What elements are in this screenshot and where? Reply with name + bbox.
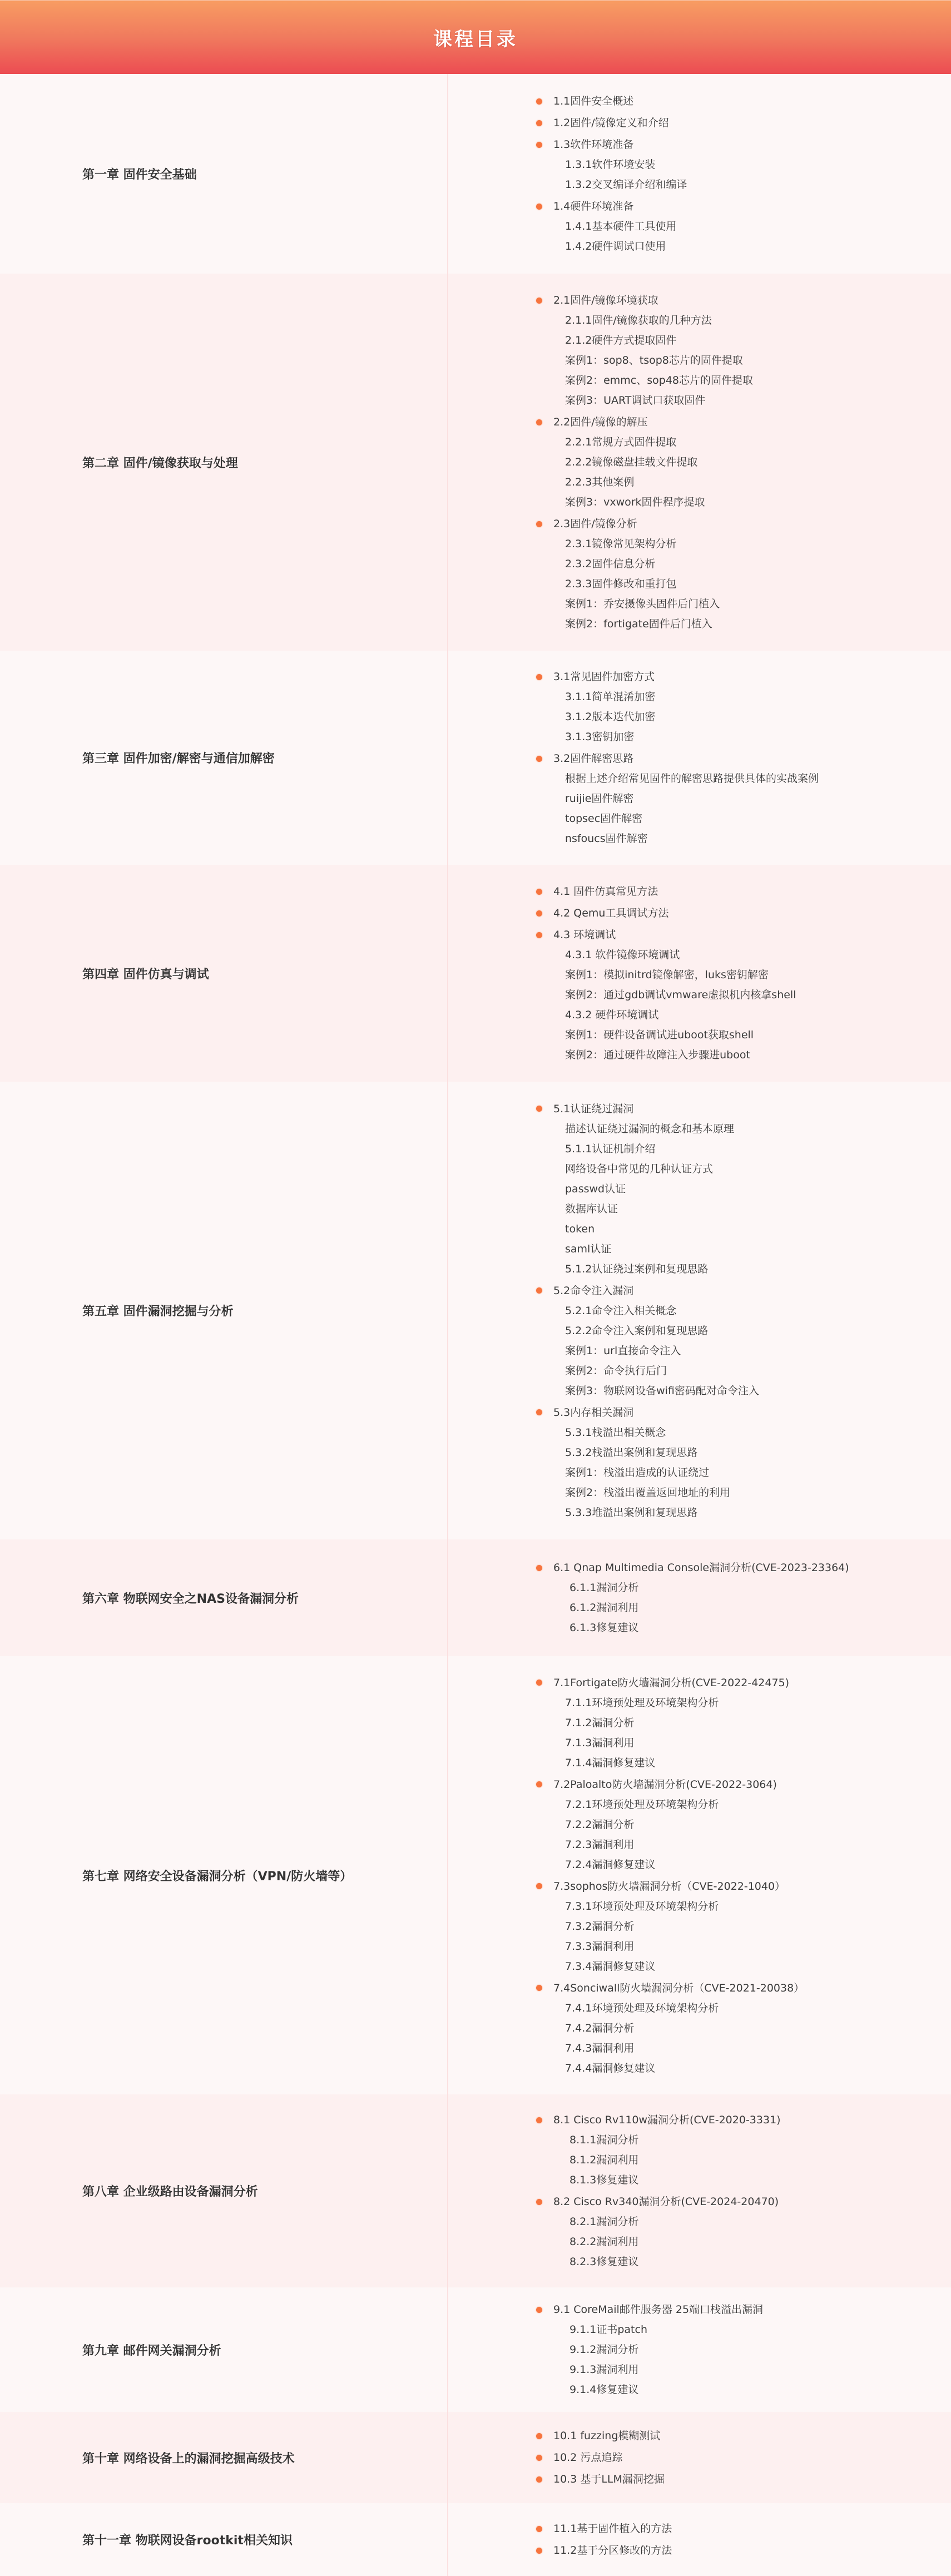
subsection-item: 数据库认证 [532, 1199, 951, 1219]
item-label: 7.2.4漏洞修复建议 [565, 1855, 655, 1875]
chapter-title-cell: 第一章 固件安全基础 [0, 74, 448, 274]
subsection-item: 7.3.1环境预处理及环境架构分析 [532, 1896, 951, 1916]
item-label: 网络设备中常见的几种认证方式 [565, 1159, 713, 1179]
bullet-dot-icon [536, 2476, 542, 2483]
item-label: 9.1.1证书patch [569, 2320, 647, 2340]
item-label: 案例1：url直接命令注入 [565, 1341, 681, 1361]
chapter-title: 第一章 固件安全基础 [82, 165, 197, 182]
subsection-item: 根据上述介绍常见固件的解密思路提供具体的实战案例 [532, 769, 951, 789]
chapter-title-cell: 第二章 固件/镜像获取与处理 [0, 274, 448, 651]
bullet-dot-icon [536, 1106, 542, 1112]
item-label: 2.1.1固件/镜像获取的几种方法 [565, 310, 712, 330]
item-label: 7.3.4漏洞修复建议 [565, 1956, 655, 1976]
item-label: 9.1.4修复建议 [569, 2380, 638, 2400]
bullet-dot-icon [536, 298, 542, 304]
subsection-item: 9.1.3漏洞利用 [532, 2360, 951, 2380]
bullet-dot-icon [536, 120, 542, 126]
item-label: ruijie固件解密 [565, 789, 633, 809]
subsection-item: topsec固件解密 [532, 809, 951, 829]
section-item: 7.2Paloalto防火墙漏洞分析(CVE-2022-3064) [532, 1775, 951, 1795]
item-label: 2.2固件/镜像的解压 [553, 412, 648, 432]
section-item: 4.3 环境调试 [532, 925, 951, 945]
section-item: 3.2固件解密思路 [532, 749, 951, 769]
subsection-item: 4.3.1 软件镜像环境调试 [532, 945, 951, 965]
bullet-dot-icon [536, 1883, 542, 1889]
chapter-items-list: 2.1固件/镜像环境获取2.1.1固件/镜像获取的几种方法2.1.2硬件方式提取… [448, 274, 951, 651]
chapter-title-cell: 第八章 企业级路由设备漏洞分析 [0, 2094, 448, 2287]
subsection-item: 2.1.2硬件方式提取固件 [532, 330, 951, 350]
subsection-item: 2.1.1固件/镜像获取的几种方法 [532, 310, 951, 330]
chapter-row: 第九章 邮件网关漏洞分析9.1 CoreMail邮件服务器 25端口栈溢出漏洞9… [0, 2287, 951, 2412]
section-item: 9.1 CoreMail邮件服务器 25端口栈溢出漏洞 [532, 2300, 951, 2320]
item-label: 9.1.2漏洞分析 [569, 2340, 638, 2360]
subsection-item: 7.1.4漏洞修复建议 [532, 1753, 951, 1773]
subsection-item: 案例1：硬件设备调试进uboot获取shell [532, 1025, 951, 1045]
section-item: 10.3 基于LLM漏洞挖掘 [532, 2469, 951, 2489]
chapter-items-list: 1.1固件安全概述1.2固件/镜像定义和介绍1.3软件环境准备1.3.1软件环境… [448, 74, 951, 274]
item-label: 10.3 基于LLM漏洞挖掘 [553, 2469, 665, 2489]
subsection-item: 7.1.3漏洞利用 [532, 1733, 951, 1753]
subsection-item: 7.2.3漏洞利用 [532, 1835, 951, 1855]
subsection-item: 9.1.4修复建议 [532, 2380, 951, 2400]
item-label: 8.2.1漏洞分析 [569, 2212, 638, 2232]
item-label: 8.2 Cisco Rv340漏洞分析(CVE-2024-20470) [553, 2192, 779, 2212]
subsection-item: 案例3：UART调试口获取固件 [532, 390, 951, 410]
chapter-row: 第四章 固件仿真与调试4.1 固件仿真常见方法4.2 Qemu工具调试方法4.3… [0, 865, 951, 1082]
section-item: 4.2 Qemu工具调试方法 [532, 903, 951, 923]
course-toc-table: 第一章 固件安全基础1.1固件安全概述1.2固件/镜像定义和介绍1.3软件环境准… [0, 74, 951, 2576]
item-label: 8.1.2漏洞利用 [569, 2150, 638, 2170]
subsection-item: 案例2：命令执行后门 [532, 1361, 951, 1381]
item-label: 7.2.2漏洞分析 [565, 1815, 634, 1835]
section-item: 3.1常见固件加密方式 [532, 667, 951, 687]
item-label: 5.1.1认证机制介绍 [565, 1139, 655, 1159]
chapter-items-list: 5.1认证绕过漏洞描述认证绕过漏洞的概念和基本原理5.1.1认证机制介绍网络设备… [448, 1082, 951, 1539]
chapter-title-cell: 第七章 网络安全设备漏洞分析（VPN/防火墙等） [0, 1656, 448, 2094]
subsection-item: 7.2.2漏洞分析 [532, 1815, 951, 1835]
subsection-item: saml认证 [532, 1239, 951, 1259]
item-label: 5.2.1命令注入相关概念 [565, 1301, 676, 1321]
section-item: 5.1认证绕过漏洞 [532, 1099, 951, 1119]
chapter-items-list: 9.1 CoreMail邮件服务器 25端口栈溢出漏洞9.1.1证书patch9… [448, 2287, 951, 2412]
item-label: 根据上述介绍常见固件的解密思路提供具体的实战案例 [565, 769, 819, 789]
item-label: 6.1 Qnap Multimedia Console漏洞分析(CVE-2023… [553, 1558, 849, 1578]
chapter-title-cell: 第五章 固件漏洞挖掘与分析 [0, 1082, 448, 1539]
subsection-item: 5.3.1栈溢出相关概念 [532, 1423, 951, 1443]
subsection-item: 7.4.1环境预处理及环境架构分析 [532, 1998, 951, 2018]
section-item: 1.4硬件环境准备 [532, 196, 951, 216]
section-item: 2.3固件/镜像分析 [532, 514, 951, 534]
item-label: 8.1.1漏洞分析 [569, 2130, 638, 2150]
section-item: 1.1固件安全概述 [532, 91, 951, 111]
section-item: 10.2 污点追踪 [532, 2448, 951, 2468]
chapter-title: 第十章 网络设备上的漏洞挖掘高级技术 [82, 2449, 295, 2466]
chapter-title: 第四章 固件仿真与调试 [82, 965, 209, 982]
subsection-item: 5.1.1认证机制介绍 [532, 1139, 951, 1159]
item-label: 1.1固件安全概述 [553, 91, 633, 111]
item-label: 数据库认证 [565, 1199, 618, 1219]
item-label: 7.3.1环境预处理及环境架构分析 [565, 1896, 719, 1916]
item-label: 7.1Fortigate防火墙漏洞分析(CVE-2022-42475) [553, 1673, 789, 1693]
item-label: 5.1认证绕过漏洞 [553, 1099, 633, 1119]
item-label: 2.3固件/镜像分析 [553, 514, 637, 534]
bullet-dot-icon [536, 2548, 542, 2554]
section-item: 7.1Fortigate防火墙漏洞分析(CVE-2022-42475) [532, 1673, 951, 1693]
item-label: 7.4.4漏洞修复建议 [565, 2058, 655, 2078]
section-item: 10.1 fuzzing模糊测试 [532, 2426, 951, 2446]
subsection-item: 案例1：模拟initrd镜像解密，luks密钥解密 [532, 965, 951, 985]
subsection-item: 5.2.2命令注入案例和复现思路 [532, 1321, 951, 1341]
subsection-item: 案例1：url直接命令注入 [532, 1341, 951, 1361]
item-label: 3.1.1简单混淆加密 [565, 687, 655, 707]
subsection-item: 6.1.2漏洞利用 [532, 1598, 951, 1618]
item-label: 7.2Paloalto防火墙漏洞分析(CVE-2022-3064) [553, 1775, 777, 1795]
item-label: 9.1 CoreMail邮件服务器 25端口栈溢出漏洞 [553, 2300, 763, 2320]
subsection-item: 1.3.2交叉编译介绍和编译 [532, 175, 951, 195]
item-label: 6.1.2漏洞利用 [569, 1598, 638, 1618]
subsection-item: 8.2.1漏洞分析 [532, 2212, 951, 2232]
item-label: 2.3.1镜像常见架构分析 [565, 534, 676, 554]
subsection-item: 7.3.2漏洞分析 [532, 1916, 951, 1936]
chapter-items-list: 11.1基于固件植入的方法11.2基于分区修改的方法 [448, 2503, 951, 2576]
section-item: 7.3sophos防火墙漏洞分析（CVE-2022-1040） [532, 1876, 951, 1896]
item-label: 1.4硬件环境准备 [553, 196, 633, 216]
bullet-dot-icon [536, 1409, 542, 1415]
chapter-row: 第六章 物联网安全之NAS设备漏洞分析6.1 Qnap Multimedia C… [0, 1539, 951, 1656]
item-label: 4.1 固件仿真常见方法 [553, 881, 658, 901]
item-label: 8.2.3修复建议 [569, 2252, 638, 2272]
item-label: 4.2 Qemu工具调试方法 [553, 903, 668, 923]
subsection-item: 1.4.1基本硬件工具使用 [532, 216, 951, 236]
subsection-item: 案例3：物联网设备wifi密码配对命令注入 [532, 1381, 951, 1401]
subsection-item: 1.4.2硬件调试口使用 [532, 236, 951, 256]
subsection-item: 案例2：emmc、sop48芯片的固件提取 [532, 370, 951, 390]
section-item: 6.1 Qnap Multimedia Console漏洞分析(CVE-2023… [532, 1558, 951, 1578]
item-label: 7.1.4漏洞修复建议 [565, 1753, 655, 1773]
subsection-item: 7.4.4漏洞修复建议 [532, 2058, 951, 2078]
item-label: 7.4.1环境预处理及环境架构分析 [565, 1998, 719, 2018]
bullet-dot-icon [536, 521, 542, 527]
subsection-item: 案例1：栈溢出造成的认证绕过 [532, 1463, 951, 1483]
item-label: 7.4.3漏洞利用 [565, 2038, 634, 2058]
section-item: 1.2固件/镜像定义和介绍 [532, 113, 951, 133]
subsection-item: 3.1.1简单混淆加密 [532, 687, 951, 707]
bullet-dot-icon [536, 674, 542, 680]
chapter-row: 第二章 固件/镜像获取与处理2.1固件/镜像环境获取2.1.1固件/镜像获取的几… [0, 274, 951, 651]
subsection-item: 2.2.2镜像磁盘挂载文件提取 [532, 452, 951, 472]
chapter-title-cell: 第十一章 物联网设备rootkit相关知识 [0, 2503, 448, 2576]
item-label: 7.4Sonciwall防火墙漏洞分析（CVE-2021-20038） [553, 1978, 804, 1998]
bullet-dot-icon [536, 2307, 542, 2313]
item-label: 5.2命令注入漏洞 [553, 1281, 633, 1301]
section-item: 4.1 固件仿真常见方法 [532, 881, 951, 901]
chapter-title: 第十一章 物联网设备rootkit相关知识 [82, 2531, 293, 2548]
item-label: 案例3：物联网设备wifi密码配对命令注入 [565, 1381, 759, 1401]
section-item: 5.3内存相关漏洞 [532, 1403, 951, 1423]
subsection-item: 2.2.3其他案例 [532, 472, 951, 492]
item-label: 案例1：sop8、tsop8芯片的固件提取 [565, 350, 743, 370]
chapter-items-list: 7.1Fortigate防火墙漏洞分析(CVE-2022-42475)7.1.1… [448, 1656, 951, 2094]
item-label: 1.4.1基本硬件工具使用 [565, 216, 676, 236]
chapter-items-list: 4.1 固件仿真常见方法4.2 Qemu工具调试方法4.3 环境调试4.3.1 … [448, 865, 951, 1082]
subsection-item: 7.4.3漏洞利用 [532, 2038, 951, 2058]
subsection-item: 4.3.2 硬件环境调试 [532, 1005, 951, 1025]
section-item: 8.1 Cisco Rv110w漏洞分析(CVE-2020-3331) [532, 2110, 951, 2130]
subsection-item: 8.1.2漏洞利用 [532, 2150, 951, 2170]
chapter-title-cell: 第九章 邮件网关漏洞分析 [0, 2287, 448, 2412]
item-label: 2.3.3固件修改和重打包 [565, 574, 676, 594]
chapter-items-list: 6.1 Qnap Multimedia Console漏洞分析(CVE-2023… [448, 1539, 951, 1656]
item-label: 2.2.1常规方式固件提取 [565, 432, 676, 452]
bullet-dot-icon [536, 2117, 542, 2123]
item-label: 5.3内存相关漏洞 [553, 1403, 633, 1423]
bullet-dot-icon [536, 1565, 542, 1571]
item-label: 5.1.2认证绕过案例和复现思路 [565, 1259, 708, 1279]
bullet-dot-icon [536, 2526, 542, 2532]
item-label: 5.3.2栈溢出案例和复现思路 [565, 1443, 697, 1463]
chapter-title-cell: 第六章 物联网安全之NAS设备漏洞分析 [0, 1539, 448, 1656]
subsection-item: nsfoucs固件解密 [532, 829, 951, 849]
chapter-title: 第八章 企业级路由设备漏洞分析 [82, 2182, 258, 2199]
item-label: 1.2固件/镜像定义和介绍 [553, 113, 669, 133]
bullet-dot-icon [536, 1781, 542, 1787]
section-item: 11.1基于固件植入的方法 [532, 2519, 951, 2539]
chapter-title-cell: 第三章 固件加密/解密与通信加解密 [0, 651, 448, 865]
bullet-dot-icon [536, 142, 542, 148]
item-label: 6.1.1漏洞分析 [569, 1578, 638, 1598]
section-item: 8.2 Cisco Rv340漏洞分析(CVE-2024-20470) [532, 2192, 951, 2212]
subsection-item: 5.2.1命令注入相关概念 [532, 1301, 951, 1321]
bullet-dot-icon [536, 419, 542, 425]
item-label: 4.3.2 硬件环境调试 [565, 1005, 658, 1025]
subsection-item: passwd认证 [532, 1179, 951, 1199]
subsection-item: 6.1.1漏洞分析 [532, 1578, 951, 1598]
item-label: 1.3.2交叉编译介绍和编译 [565, 175, 687, 195]
chapter-title: 第九章 邮件网关漏洞分析 [82, 2341, 221, 2359]
subsection-item: 案例2：通过gdb调试vmware虚拟机内核拿shell [532, 985, 951, 1005]
item-label: 7.1.2漏洞分析 [565, 1713, 634, 1733]
subsection-item: 8.2.2漏洞利用 [532, 2232, 951, 2252]
subsection-item: 案例1：乔安摄像头固件后门植入 [532, 594, 951, 614]
item-label: topsec固件解密 [565, 809, 642, 829]
bullet-dot-icon [536, 204, 542, 210]
chapter-row: 第三章 固件加密/解密与通信加解密3.1常见固件加密方式3.1.1简单混淆加密3… [0, 651, 951, 865]
page-header: 课程目录 [0, 0, 951, 74]
page-title: 课程目录 [433, 24, 518, 51]
item-label: 8.2.2漏洞利用 [569, 2232, 638, 2252]
chapter-row: 第一章 固件安全基础1.1固件安全概述1.2固件/镜像定义和介绍1.3软件环境准… [0, 74, 951, 274]
item-label: 2.3.2固件信息分析 [565, 554, 655, 574]
subsection-item: 9.1.1证书patch [532, 2320, 951, 2340]
subsection-item: 1.3.1软件环境安装 [532, 155, 951, 175]
chapter-row: 第八章 企业级路由设备漏洞分析8.1 Cisco Rv110w漏洞分析(CVE-… [0, 2094, 951, 2287]
item-label: 案例2：emmc、sop48芯片的固件提取 [565, 370, 753, 390]
item-label: 5.2.2命令注入案例和复现思路 [565, 1321, 708, 1341]
subsection-item: 8.2.3修复建议 [532, 2252, 951, 2272]
item-label: 案例1：栈溢出造成的认证绕过 [565, 1463, 709, 1483]
item-label: 4.3 环境调试 [553, 925, 616, 945]
subsection-item: 3.1.2版本迭代加密 [532, 707, 951, 727]
section-item: 11.2基于分区修改的方法 [532, 2540, 951, 2560]
subsection-item: 网络设备中常见的几种认证方式 [532, 1159, 951, 1179]
item-label: 案例1：模拟initrd镜像解密，luks密钥解密 [565, 965, 769, 985]
item-label: 3.2固件解密思路 [553, 749, 633, 769]
subsection-item: 5.1.2认证绕过案例和复现思路 [532, 1259, 951, 1279]
subsection-item: 案例1：sop8、tsop8芯片的固件提取 [532, 350, 951, 370]
bullet-dot-icon [536, 1680, 542, 1686]
bullet-dot-icon [536, 1985, 542, 1991]
subsection-item: 7.2.1环境预处理及环境架构分析 [532, 1795, 951, 1815]
item-label: 7.1.1环境预处理及环境架构分析 [565, 1693, 719, 1713]
item-label: 6.1.3修复建议 [569, 1618, 638, 1638]
item-label: 案例2：栈溢出覆盖返回地址的利用 [565, 1483, 730, 1503]
subsection-item: 7.1.2漏洞分析 [532, 1713, 951, 1733]
bullet-dot-icon [536, 756, 542, 762]
item-label: 案例2：通过硬件故障注入步骤进uboot [565, 1045, 750, 1065]
bullet-dot-icon [536, 2433, 542, 2439]
bullet-dot-icon [536, 910, 542, 917]
subsection-item: token [532, 1219, 951, 1239]
subsection-item: 3.1.3密钥加密 [532, 727, 951, 747]
item-label: 7.3sophos防火墙漏洞分析（CVE-2022-1040） [553, 1876, 785, 1896]
subsection-item: 7.3.3漏洞利用 [532, 1936, 951, 1956]
item-label: saml认证 [565, 1239, 611, 1259]
chapter-row: 第十章 网络设备上的漏洞挖掘高级技术10.1 fuzzing模糊测试10.2 污… [0, 2412, 951, 2503]
item-label: 8.1 Cisco Rv110w漏洞分析(CVE-2020-3331) [553, 2110, 781, 2130]
item-label: 1.3.1软件环境安装 [565, 155, 655, 175]
subsection-item: 5.3.3堆溢出案例和复现思路 [532, 1503, 951, 1523]
section-item: 5.2命令注入漏洞 [532, 1281, 951, 1301]
item-label: 7.3.2漏洞分析 [565, 1916, 634, 1936]
item-label: 案例2：fortigate固件后门植入 [565, 614, 712, 634]
bullet-dot-icon [536, 2455, 542, 2461]
bullet-dot-icon [536, 1287, 542, 1294]
chapter-row: 第五章 固件漏洞挖掘与分析5.1认证绕过漏洞描述认证绕过漏洞的概念和基本原理5.… [0, 1082, 951, 1539]
item-label: 2.1.2硬件方式提取固件 [565, 330, 676, 350]
item-label: passwd认证 [565, 1179, 626, 1199]
subsection-item: 8.1.1漏洞分析 [532, 2130, 951, 2150]
subsection-item: 案例2：栈溢出覆盖返回地址的利用 [532, 1483, 951, 1503]
subsection-item: 6.1.3修复建议 [532, 1618, 951, 1638]
chapter-title: 第六章 物联网安全之NAS设备漏洞分析 [82, 1589, 299, 1607]
item-label: 案例1：硬件设备调试进uboot获取shell [565, 1025, 754, 1045]
section-item: 7.4Sonciwall防火墙漏洞分析（CVE-2021-20038） [532, 1978, 951, 1998]
chapter-title-cell: 第十章 网络设备上的漏洞挖掘高级技术 [0, 2412, 448, 2503]
item-label: 7.3.3漏洞利用 [565, 1936, 634, 1956]
item-label: 案例3：UART调试口获取固件 [565, 390, 705, 410]
item-label: 3.1.2版本迭代加密 [565, 707, 655, 727]
chapter-title: 第二章 固件/镜像获取与处理 [82, 454, 238, 471]
item-label: 7.4.2漏洞分析 [565, 2018, 634, 2038]
section-item: 2.1固件/镜像环境获取 [532, 290, 951, 310]
item-label: 8.1.3修复建议 [569, 2170, 638, 2190]
section-item: 1.3软件环境准备 [532, 135, 951, 155]
item-label: 11.1基于固件植入的方法 [553, 2519, 672, 2539]
bullet-dot-icon [536, 889, 542, 895]
chapter-items-list: 10.1 fuzzing模糊测试10.2 污点追踪10.3 基于LLM漏洞挖掘 [448, 2412, 951, 2503]
item-label: 4.3.1 软件镜像环境调试 [565, 945, 680, 965]
item-label: 案例3：vxwork固件程序提取 [565, 492, 705, 512]
chapter-row: 第七章 网络安全设备漏洞分析（VPN/防火墙等）7.1Fortigate防火墙漏… [0, 1656, 951, 2094]
subsection-item: 描述认证绕过漏洞的概念和基本原理 [532, 1119, 951, 1139]
subsection-item: 2.3.1镜像常见架构分析 [532, 534, 951, 554]
item-label: 3.1常见固件加密方式 [553, 667, 655, 687]
item-label: 7.2.1环境预处理及环境架构分析 [565, 1795, 719, 1815]
subsection-item: 5.3.2栈溢出案例和复现思路 [532, 1443, 951, 1463]
item-label: 2.1固件/镜像环境获取 [553, 290, 658, 310]
subsection-item: 8.1.3修复建议 [532, 2170, 951, 2190]
item-label: 7.2.3漏洞利用 [565, 1835, 634, 1855]
subsection-item: 2.3.3固件修改和重打包 [532, 574, 951, 594]
item-label: 案例1：乔安摄像头固件后门植入 [565, 594, 720, 614]
item-label: 10.1 fuzzing模糊测试 [553, 2426, 660, 2446]
bullet-dot-icon [536, 932, 542, 938]
item-label: 11.2基于分区修改的方法 [553, 2540, 672, 2560]
subsection-item: 7.2.4漏洞修复建议 [532, 1855, 951, 1875]
chapter-items-list: 3.1常见固件加密方式3.1.1简单混淆加密3.1.2版本迭代加密3.1.3密钥… [448, 651, 951, 865]
item-label: 7.1.3漏洞利用 [565, 1733, 634, 1753]
bullet-dot-icon [536, 2199, 542, 2205]
item-label: 3.1.3密钥加密 [565, 727, 634, 747]
item-label: 1.3软件环境准备 [553, 135, 633, 155]
item-label: 5.3.3堆溢出案例和复现思路 [565, 1503, 697, 1523]
item-label: token [565, 1219, 595, 1239]
subsection-item: 7.4.2漏洞分析 [532, 2018, 951, 2038]
chapter-title: 第五章 固件漏洞挖掘与分析 [82, 1302, 234, 1319]
subsection-item: 案例2：fortigate固件后门植入 [532, 614, 951, 634]
item-label: 2.2.3其他案例 [565, 472, 634, 492]
item-label: 案例2：命令执行后门 [565, 1361, 667, 1381]
section-item: 2.2固件/镜像的解压 [532, 412, 951, 432]
chapter-row: 第十一章 物联网设备rootkit相关知识11.1基于固件植入的方法11.2基于… [0, 2503, 951, 2576]
chapter-title: 第七章 网络安全设备漏洞分析（VPN/防火墙等） [82, 1867, 352, 1884]
subsection-item: 2.2.1常规方式固件提取 [532, 432, 951, 452]
subsection-item: 案例3：vxwork固件程序提取 [532, 492, 951, 512]
subsection-item: 案例2：通过硬件故障注入步骤进uboot [532, 1045, 951, 1065]
subsection-item: 7.3.4漏洞修复建议 [532, 1956, 951, 1976]
chapter-items-list: 8.1 Cisco Rv110w漏洞分析(CVE-2020-3331)8.1.1… [448, 2094, 951, 2287]
item-label: 案例2：通过gdb调试vmware虚拟机内核拿shell [565, 985, 796, 1005]
subsection-item: 7.1.1环境预处理及环境架构分析 [532, 1693, 951, 1713]
subsection-item: 2.3.2固件信息分析 [532, 554, 951, 574]
item-label: 描述认证绕过漏洞的概念和基本原理 [565, 1119, 734, 1139]
bullet-dot-icon [536, 98, 542, 105]
item-label: 9.1.3漏洞利用 [569, 2360, 638, 2380]
item-label: 10.2 污点追踪 [553, 2448, 622, 2468]
chapter-title: 第三章 固件加密/解密与通信加解密 [82, 749, 275, 766]
item-label: 1.4.2硬件调试口使用 [565, 236, 666, 256]
subsection-item: 9.1.2漏洞分析 [532, 2340, 951, 2360]
item-label: 2.2.2镜像磁盘挂载文件提取 [565, 452, 697, 472]
chapter-title-cell: 第四章 固件仿真与调试 [0, 865, 448, 1082]
item-label: 5.3.1栈溢出相关概念 [565, 1423, 666, 1443]
subsection-item: ruijie固件解密 [532, 789, 951, 809]
item-label: nsfoucs固件解密 [565, 829, 648, 849]
